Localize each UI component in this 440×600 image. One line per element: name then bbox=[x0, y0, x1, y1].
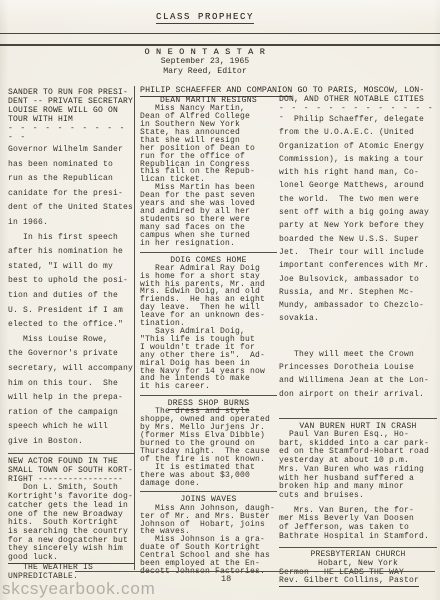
paper-name: O N E O N T A S T A R bbox=[0, 47, 410, 57]
vanburen-para2: Mrs. Van Buren, the for- mer Miss Beverl… bbox=[279, 507, 437, 542]
vanburen-story: VAN BUREN HURT IN CRASH Paul Van Buren E… bbox=[279, 414, 437, 541]
doig-body: Rear Admiral Ray Doig is home for a shor… bbox=[140, 265, 277, 392]
vanburen-para1: Paul Van Buren Esq., Ho- bart, skidded i… bbox=[279, 431, 437, 501]
page-title-text: CLASS PROPHECY bbox=[156, 12, 254, 24]
issue-date: September 23, 1965 bbox=[0, 57, 410, 67]
actor-headline: NEW ACTOR FOUND IN THE SMALL TOWN OF SOU… bbox=[8, 457, 134, 484]
schaeffer-para2: They will meet the Crown Princesses Doro… bbox=[279, 348, 437, 401]
section-rule bbox=[8, 453, 134, 454]
column-divider-line bbox=[134, 86, 135, 570]
good-luck-text: good luck. bbox=[8, 553, 58, 562]
church-notice: PRESBYTERIAN CHURCH Hobart, New York Ser… bbox=[279, 543, 437, 586]
church-pastor-text: Rev. Gilbert Collins, Pastor bbox=[279, 576, 419, 587]
dress-body: The dress and style shoppe, owned and op… bbox=[140, 408, 277, 487]
headline-line2: DON, AND OTHER NOTABLE CITIES bbox=[279, 95, 437, 104]
sander-body: Governor Wilhelm Sander has been nominat… bbox=[8, 143, 134, 449]
watermark: skcsyearbook.com bbox=[2, 579, 156, 599]
top-rule-lower bbox=[0, 44, 440, 46]
middle-column: DEAN MARTIN RESIGNS Miss Nancy Martin, D… bbox=[140, 96, 277, 576]
section-rule bbox=[279, 418, 437, 419]
editor-name: Mary Reed, Editor bbox=[0, 67, 410, 77]
actor-body: Don L. Smith, South Kortright's favorite… bbox=[8, 484, 134, 554]
sander-headline: SANDER TO RUN FOR PRESI- DENT -- PRIVATE… bbox=[8, 88, 134, 124]
main-headline-underlined: PHILIP SCHAEFFER AND COMPANION bbox=[140, 86, 292, 97]
left-column: SANDER TO RUN FOR PRESI- DENT -- PRIVATE… bbox=[8, 88, 134, 581]
masthead: O N E O N T A S T A R September 23, 1965… bbox=[0, 47, 410, 76]
main-headline: PHILIP SCHAEFFER AND COMPANION GO TO PAR… bbox=[140, 86, 438, 95]
footer-rule bbox=[75, 571, 435, 572]
church-pastor: Rev. Gilbert Collins, Pastor bbox=[279, 577, 437, 586]
page-number: 18 bbox=[221, 574, 231, 584]
page-title: CLASS PROPHECY bbox=[0, 12, 410, 22]
section-rule bbox=[140, 395, 277, 396]
waves-body: Miss Ann Johnson, daugh- ter of Mr. and … bbox=[140, 505, 277, 576]
schaeffer-story: Philip Schaeffer, delegate from the U.O.… bbox=[279, 113, 437, 401]
schaeffer-para1: Philip Schaeffer, delegate from the U.O.… bbox=[279, 113, 437, 326]
main-headline-rest: GO TO PARIS, MOSCOW, LON- bbox=[292, 86, 424, 95]
top-rule-upper bbox=[0, 33, 440, 34]
dash-divider: - - - - - - - - - - - - bbox=[8, 124, 134, 142]
section-rule bbox=[140, 252, 277, 253]
section-rule bbox=[279, 547, 437, 548]
dean-body: Miss Nancy Martin, Dean of Alfred Colleg… bbox=[140, 105, 277, 247]
section-rule bbox=[140, 491, 277, 492]
newspaper-page: CLASS PROPHECY O N E O N T A S T A R Sep… bbox=[0, 0, 440, 600]
